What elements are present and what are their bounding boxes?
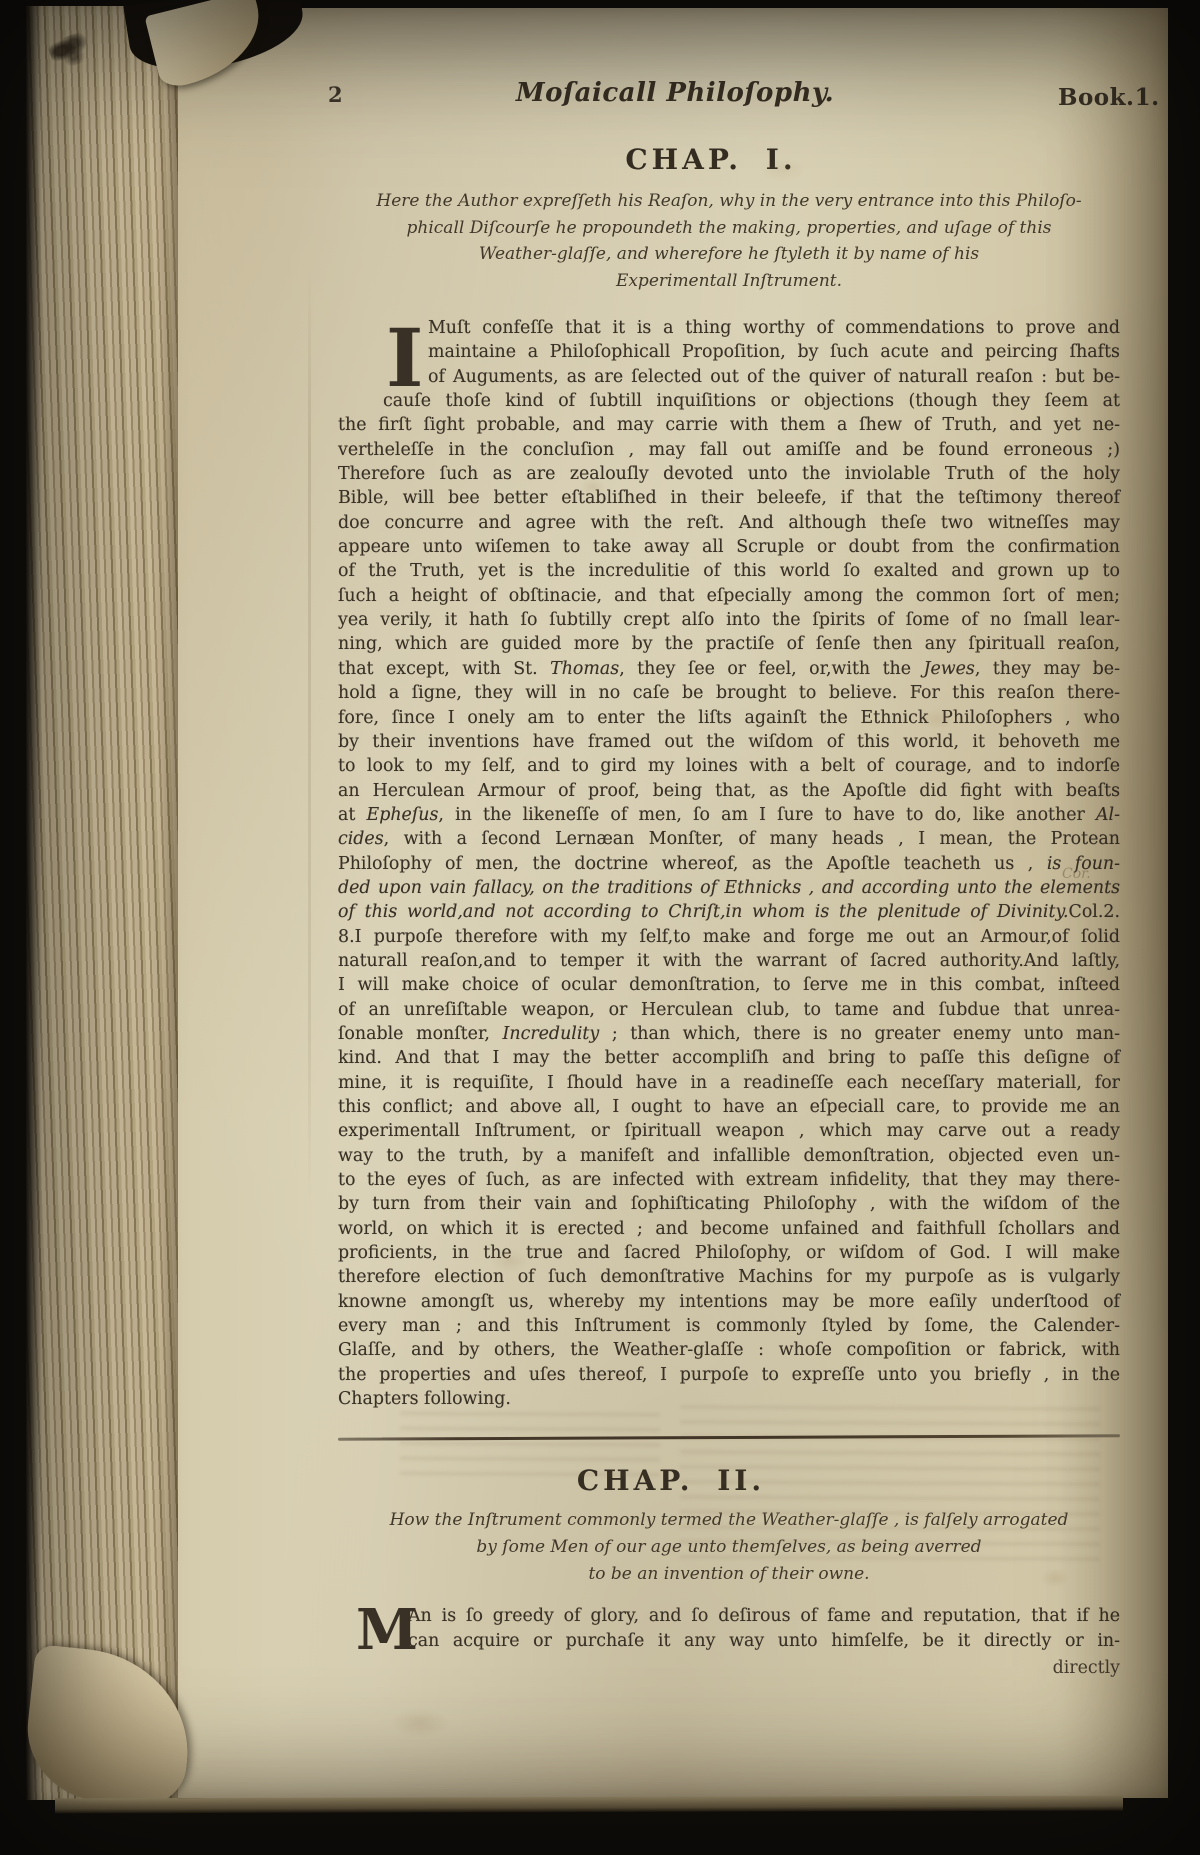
foxing-spot [390, 1708, 450, 1738]
body-line: yea verily, it hath ſo ſubtilly crept al… [338, 608, 1120, 632]
body-line: of this world,and not according to Chriſ… [338, 900, 1120, 924]
body-line: naturall reaſon,and to temper it with th… [338, 949, 1120, 973]
chapter-1-heading: CHAP. I. [320, 143, 1102, 176]
page-edges-bottom [55, 1796, 1123, 1814]
foxing-spot [760, 158, 806, 182]
body-line: by their inventions have framed out the … [338, 730, 1120, 754]
chapter-1-argument: Here the Author expreſſeth his Reaſon, w… [338, 188, 1120, 294]
body-line: can acquire or purchaſe it any way unto … [408, 1629, 1120, 1654]
body-line: world, on which it is erected ; and beco… [338, 1217, 1120, 1241]
body-line: at Epheſus, in the likeneſſe of men, ſo … [338, 803, 1120, 827]
body-line: I will make choice of ocular demonſtrati… [338, 973, 1120, 997]
foxing-spot [1040, 1568, 1070, 1588]
body-line: of an unreſiſtable weapon, or Herculean … [338, 998, 1120, 1022]
foxing-spot [920, 708, 954, 730]
body-line: way to the truth, by a manifeſt and infa… [338, 1144, 1120, 1168]
page-edges-left [26, 6, 178, 1800]
body-line: cides, with a ſecond Lernæan Monſter, of… [338, 827, 1120, 851]
body-line: Philoſophy of men, the doctrine whereof,… [338, 852, 1120, 876]
body-line: ſuch a height of obſtinacie, and that eſ… [338, 584, 1120, 608]
body-line: cauſe thoſe kind of ſubtill inquiſitions… [383, 389, 1120, 413]
body-line: of Auguments, as are ſelected out of the… [428, 365, 1120, 389]
body-line: 8.I purpoſe therefore with my ſelf,to ma… [338, 925, 1120, 949]
ink-bleed-through [400, 1405, 660, 1476]
body-line: ſonable monſter, Incredulity ; than whic… [338, 1022, 1120, 1046]
foxing-spot [580, 478, 606, 496]
argument-line: Weather-glaſſe, and wherefore he ſtyleth… [338, 241, 1120, 268]
body-line: the properties and uſes thereof, I purpo… [338, 1363, 1120, 1387]
body-line: Therefore ſuch as are zealouſly devoted … [338, 462, 1120, 486]
body-line: mine, it is requiſite, I ſhould have in … [338, 1071, 1120, 1095]
argument-line: phicall Diſcourſe he propoundeth the mak… [338, 215, 1120, 242]
running-title: Moſaicall Philoſophy. [425, 78, 925, 108]
body-line: kind. And that I may the better accompli… [338, 1046, 1120, 1070]
body-line: maintaine a Philoſophicall Propoſition, … [428, 340, 1120, 364]
body-line: the firſt ſight probable, and may carrie… [338, 413, 1120, 437]
body-line: An is ſo greedy of glory, and ſo deſirou… [408, 1604, 1120, 1629]
argument-line: Experimentall Inſtrument. [338, 268, 1120, 295]
catchword: directly [338, 1658, 1120, 1678]
body-line: knowne amongſt us, whereby my intentions… [338, 1290, 1120, 1314]
body-line: vertheleſſe in the concluſion , may fall… [338, 438, 1120, 462]
argument-line: Here the Author expreſſeth his Reaſon, w… [338, 188, 1120, 215]
book-label: Book.1. [1058, 84, 1160, 111]
book-page: 2 Moſaicall Philoſophy. Book.1. CHAP. I.… [60, 8, 1168, 1798]
body-line: that except, with St. Thomas, they ſee o… [338, 657, 1120, 681]
body-line: Glaſſe, and by others, the Weather-glaſſ… [338, 1338, 1120, 1362]
chapter-2-body: An is ſo greedy of glory, and ſo deſirou… [338, 1604, 1120, 1653]
body-line: experimentall Inſtrument, or ſpirituall … [338, 1119, 1120, 1143]
body-line: every man ; and this Inſtrument is commo… [338, 1314, 1120, 1338]
body-line: hold a ſigne, they will in no caſe be br… [338, 681, 1120, 705]
ink-bleed-through [680, 1399, 1101, 1561]
book-page-scan: 2 Moſaicall Philoſophy. Book.1. CHAP. I.… [0, 0, 1200, 1855]
body-line: doe concurre and agree with the reſt. An… [338, 511, 1120, 535]
foxing-spot [490, 1248, 530, 1274]
body-line: this conflict; and above all, I ought to… [338, 1095, 1120, 1119]
body-line: therefore election of ſuch demonſtrative… [338, 1265, 1120, 1289]
body-line: of the Truth, yet is the incredulitie of… [338, 559, 1120, 583]
chapter-1-body: Muſt confeſſe that it is a thing worthy … [338, 316, 1120, 1411]
body-line: to the eyes of ſuch, as are infected wit… [338, 1168, 1120, 1192]
body-line: Bible, will bee better eſtabliſhed in th… [338, 486, 1120, 510]
argument-line: to be an invention of their owne. [338, 1561, 1120, 1588]
folio-number: 2 [328, 82, 343, 107]
body-line: Muſt confeſſe that it is a thing worthy … [428, 316, 1120, 340]
body-line: ded upon vain fallacy, on the traditions… [338, 876, 1120, 900]
body-line: an Herculean Armour of proof, being that… [338, 779, 1120, 803]
body-line: appeare unto wiſemen to take away all Sc… [338, 535, 1120, 559]
body-line: fore, ſince I onely am to enter the liſt… [338, 706, 1120, 730]
body-line: ning, which are guided more by the pract… [338, 632, 1120, 656]
body-line: by turn from their vain and ſophiſticati… [338, 1192, 1120, 1216]
body-line: proficients, in the true and ſacred Phil… [338, 1241, 1120, 1265]
page-crease [308, 268, 311, 1208]
marginal-bleed-note: Cor. [1062, 866, 1091, 882]
body-line: to look to my ſelf, and to gird my loine… [338, 754, 1120, 778]
